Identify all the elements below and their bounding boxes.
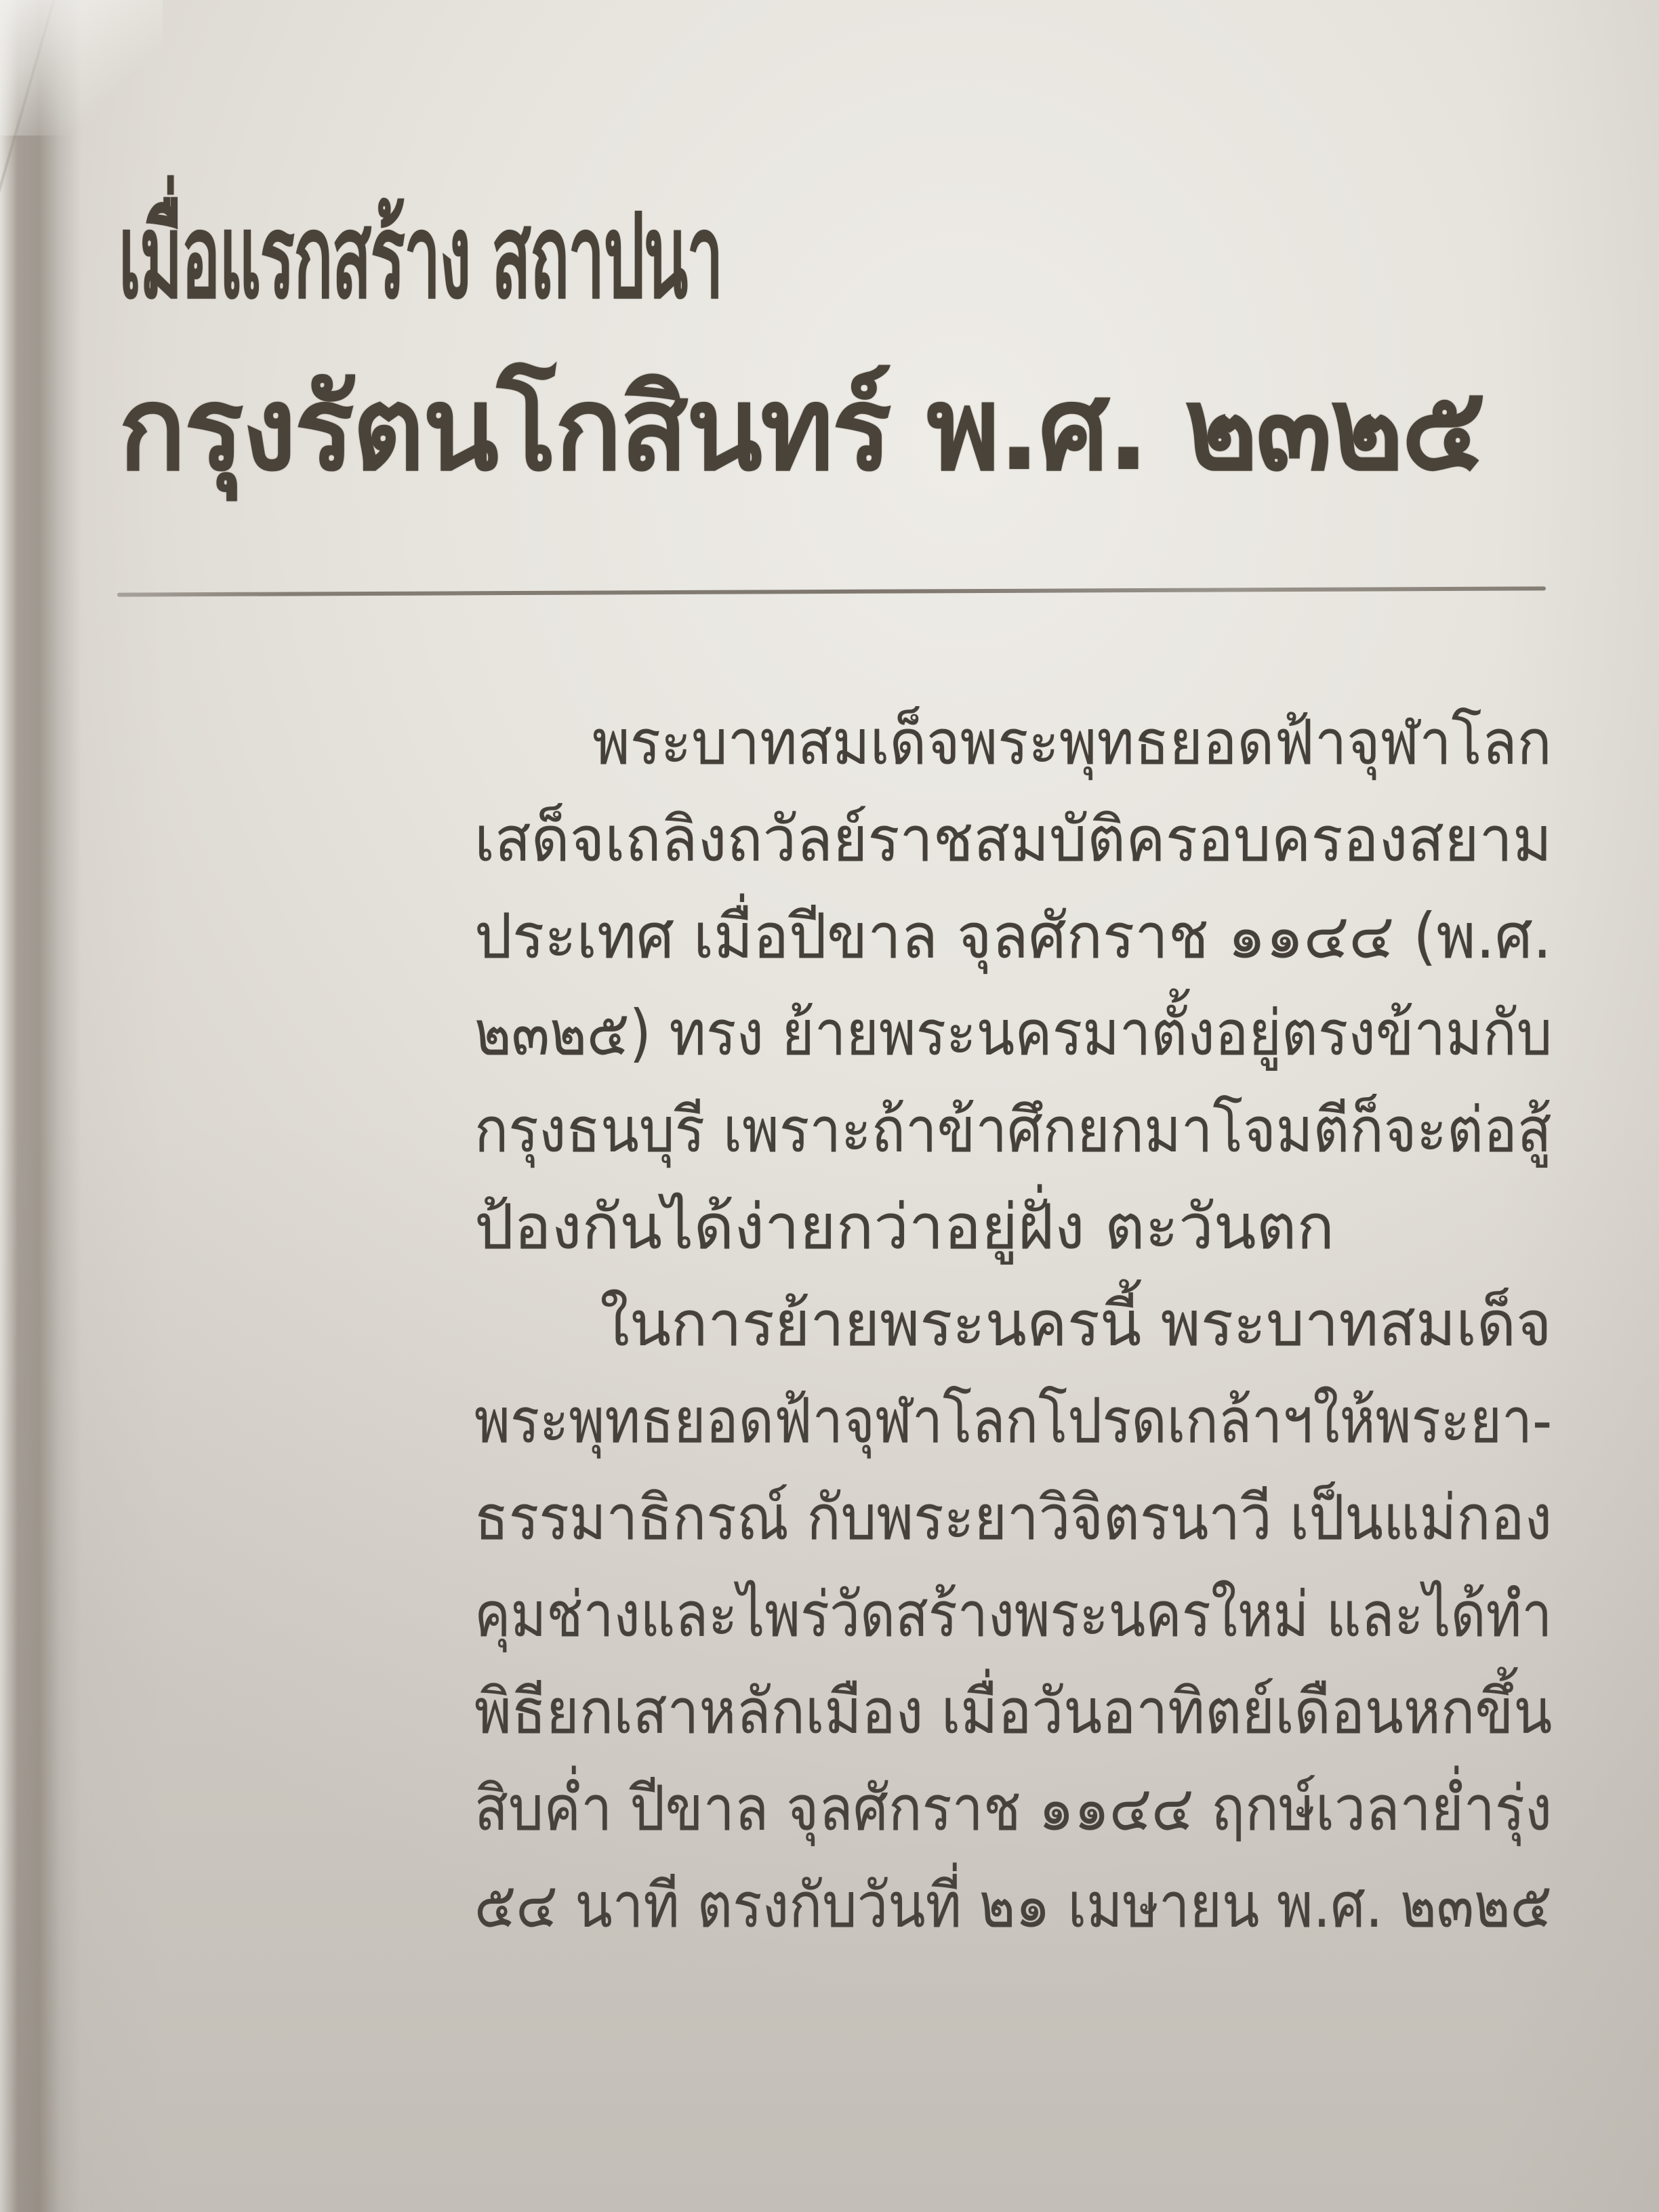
page-title: เมื่อแรกสร้าง สถาปนา กรุงรัตนโกสินทร์ พ.… — [119, 171, 1548, 515]
text-line: ธรรมาธิกรณ์ กับพระยาวิจิตรนาวี เป็นแม่กอ… — [474, 1469, 1448, 1566]
text-line: พระบาทสมเด็จพระพุทธยอดฟ้าจุฬาโลก — [474, 694, 1462, 791]
book-page-photo: เมื่อแรกสร้าง สถาปนา กรุงรัตนโกสินทร์ พ.… — [0, 0, 1659, 2212]
page-gutter-shadow — [0, 0, 81, 2212]
paragraph-2: ในการย้ายพระนครนี้ พระบาทสมเด็จ พระพุทธย… — [474, 1275, 1552, 1954]
text-line: ๕๔ นาที ตรงกับวันที่ ๒๑ เมษายน พ.ศ. ๒๓๒๕ — [474, 1857, 1424, 1954]
text-line: ป้องกันได้ง่ายกว่าอยู่ฝั่ง ตะวันตก — [474, 1179, 1552, 1275]
paragraph-1: พระบาทสมเด็จพระพุทธยอดฟ้าจุฬาโลก เสด็จเถ… — [474, 694, 1552, 1275]
text-line: เสด็จเถลิงถวัลย์ราชสมบัติครอบครองสยาม — [474, 791, 1504, 888]
text-line: กรุงธนบุรี เพราะถ้าข้าศึกยกมาโจมตีก็จะต่… — [474, 1082, 1448, 1179]
title-divider-rule — [117, 586, 1546, 596]
page-corner-highlight — [0, 0, 163, 136]
page-title-line-2: กรุงรัตนโกสินทร์ พ.ศ. ๒๓๒๕ — [119, 343, 1484, 515]
text-line: ในการย้ายพระนครนี้ พระบาทสมเด็จ — [474, 1275, 1524, 1372]
text-line: สิบค่ำ ปีขาล จุลศักราช ๑๑๔๔ ฤกษ์เวลาย่ำร… — [474, 1760, 1436, 1857]
body-text: พระบาทสมเด็จพระพุทธยอดฟ้าจุฬาโลก เสด็จเถ… — [474, 694, 1552, 1954]
page-title-line-1: เมื่อแรกสร้าง สถาปนา — [119, 171, 915, 343]
text-line: พิธียกเสาหลักเมือง เมื่อวันอาทิตย์เดือนห… — [474, 1663, 1451, 1760]
text-line: พระพุทธยอดฟ้าจุฬาโลกโปรดเกล้าฯให้พระยา- — [474, 1372, 1416, 1469]
text-line: ประเทศ เมื่อปีขาล จุลศักราช ๑๑๔๔ (พ.ศ. — [474, 888, 1507, 985]
text-line: ๒๓๒๕) ทรง ย้ายพระนครมาตั้งอยู่ตรงข้ามกับ — [474, 985, 1445, 1082]
text-line: คุมช่างและไพร่วัดสร้างพระนครใหม่ และได้ท… — [474, 1566, 1412, 1663]
